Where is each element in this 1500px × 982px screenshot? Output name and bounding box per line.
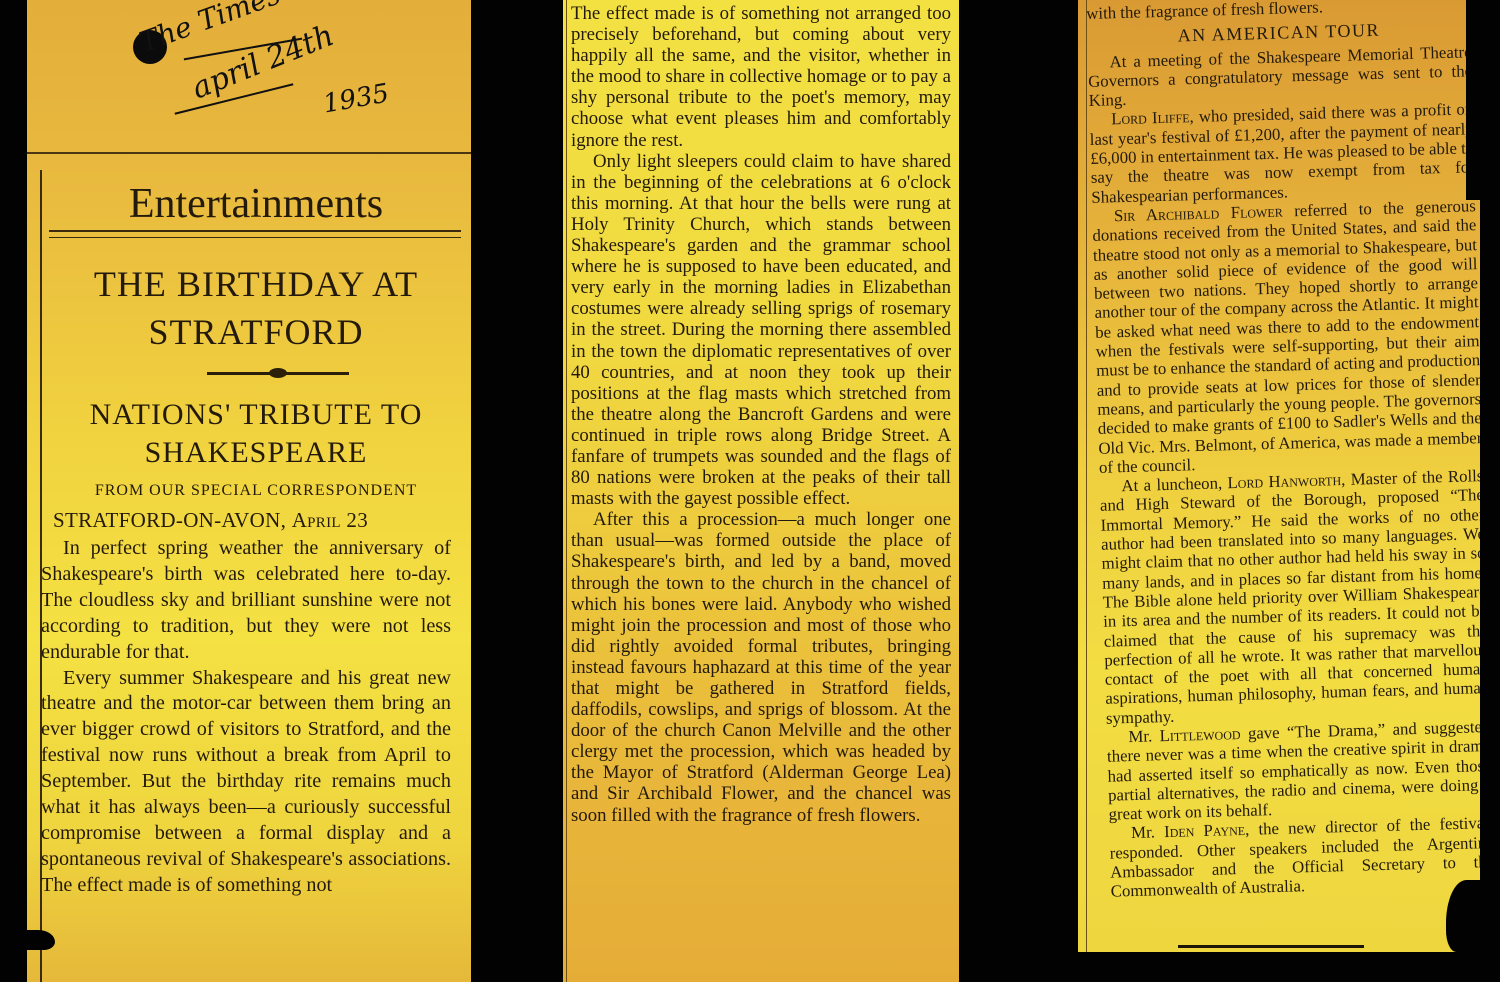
headline: THE BIRTHDAY AT STRATFORD [41,260,471,356]
speaker-name: Littlewood [1159,724,1240,745]
paragraph: The effect made is of something not arra… [571,3,951,151]
handwritten-year: 1935 [321,78,391,119]
paragraph: In perfect spring weather the anniversar… [41,536,451,666]
paragraph: At a meeting of the Shakespeare Memorial… [1087,42,1472,111]
paragraph-text: referred to the generous donations recei… [1092,196,1480,476]
headline-text: THE BIRTHDAY AT STRATFORD [41,260,471,356]
article-body-left: In perfect spring weather the anniversar… [41,536,451,899]
paragraph-text: Mr. [1128,726,1160,746]
end-of-article-rule [1178,945,1364,952]
paragraph-text: At a meeting of the Shakespeare Memorial… [1088,42,1472,110]
paragraph: At a luncheon, Lord Hanworth, Master of … [1099,466,1480,727]
byline: FROM OUR SPECIAL CORRESPONDENT [41,482,471,500]
torn-edge [27,930,55,950]
section-heading: Entertainments [41,180,471,228]
section-double-rule [49,230,461,238]
paragraph-text: , Master of the Rolls and High Steward o… [1100,466,1480,727]
paragraph-text: At a luncheon, [1121,473,1228,495]
paragraph-text: Mr. [1131,823,1164,843]
ornament-divider [207,372,349,375]
clipping-strip-right: with the fragrance of fresh flowers. AN … [1078,0,1480,952]
dateline-date: April 23 [292,508,368,532]
top-rule [27,152,471,154]
speaker-name: Iden Payne [1164,820,1245,841]
column-rule [1086,0,1087,952]
paragraph: Lord Iliffe, who presided, said there wa… [1089,100,1476,207]
paragraph: Mr. Littlewood gave “The Drama,” and sug… [1106,717,1480,824]
article-body-middle: The effect made is of something not arra… [571,3,951,826]
clipping-strip-middle: The effect made is of something not arra… [563,0,959,982]
paragraph: Mr. Iden Payne, the new director of the … [1109,813,1480,901]
handwritten-annotation: The Times april 24th 1935 [87,14,447,144]
paragraph: Only light sleepers could claim to have … [571,151,951,510]
subheadline-text: NATIONS' TRIBUTE TO SHAKESPEARE [41,396,471,472]
paragraph: Sir Archibald Flower referred to the gen… [1092,196,1480,477]
speaker-name: Lord Iliffe, [1111,108,1194,129]
clipping-strip-left: The Times april 24th 1935 Entertainments… [27,0,471,982]
torn-edge [1466,0,1480,200]
article-body-right: with the fragrance of fresh flowers. AN … [1086,0,1480,901]
subheadline: NATIONS' TRIBUTE TO SHAKESPEARE [41,396,471,472]
dateline: STRATFORD-ON-AVON, April 23 [53,508,471,533]
paragraph: Every summer Shakespeare and his great n… [41,666,451,899]
column-rule [566,0,567,982]
paragraph: After this a procession—a much longer on… [571,509,951,825]
dateline-place: STRATFORD-ON-AVON, [53,508,286,532]
